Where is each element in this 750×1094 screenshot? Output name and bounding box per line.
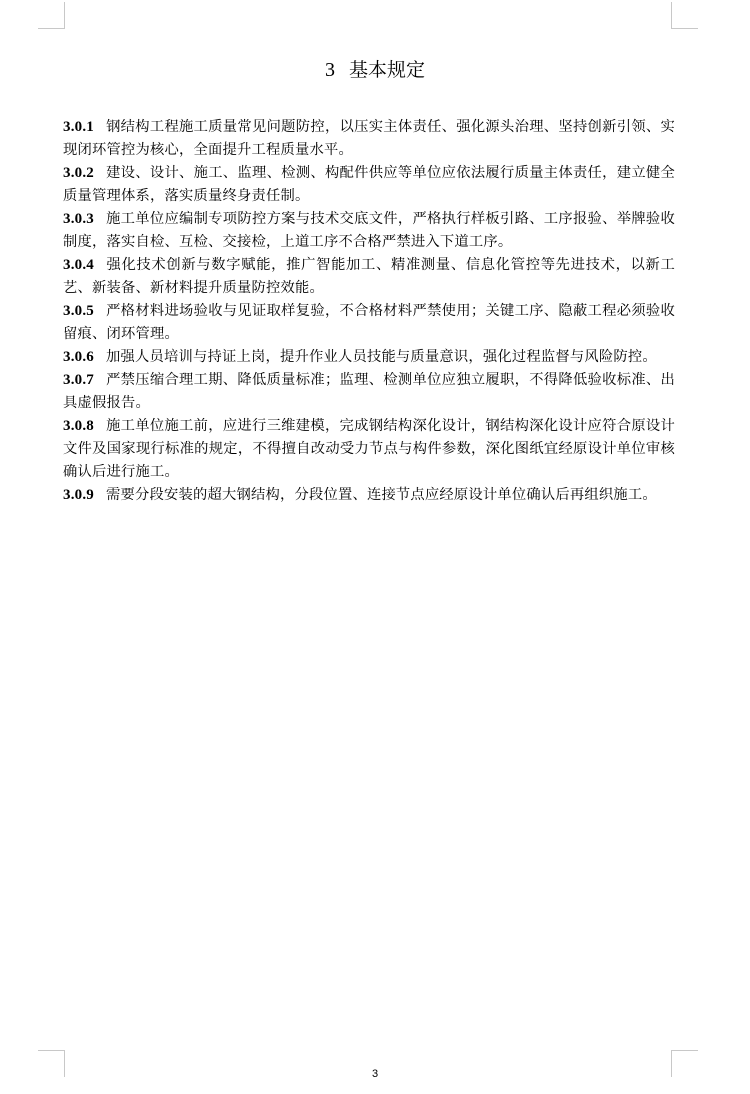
clause-id: 3.0.5 — [63, 303, 94, 319]
clause: 3.0.2建设、设计、施工、监理、检测、构配件供应等单位应依法履行质量主体责任，… — [63, 162, 675, 208]
chapter-number: 3 — [325, 59, 335, 81]
page-number: 3 — [0, 1068, 750, 1080]
crop-mark-top-right — [671, 2, 698, 29]
clause-text: 建设、设计、施工、监理、检测、构配件供应等单位应依法履行质量主体责任，建立健全质… — [63, 165, 675, 204]
clause: 3.0.3施工单位应编制专项防控方案与技术交底文件，严格执行样板引路、工序报验、… — [63, 208, 675, 254]
clause: 3.0.1钢结构工程施工质量常见问题防控，以压实主体责任、强化源头治理、坚持创新… — [63, 116, 675, 162]
clause-id: 3.0.4 — [63, 257, 94, 273]
clause: 3.0.9需要分段安装的超大钢结构，分段位置、连接节点应经原设计单位确认后再组织… — [63, 484, 675, 507]
clause-text: 需要分段安装的超大钢结构，分段位置、连接节点应经原设计单位确认后再组织施工。 — [106, 487, 657, 503]
clause-text: 严格材料进场验收与见证取样复验，不合格材料严禁使用；关键工序、隐蔽工程必须验收留… — [63, 303, 675, 342]
clause: 3.0.4强化技术创新与数字赋能，推广智能加工、精准测量、信息化管控等先进技术，… — [63, 254, 675, 300]
clause: 3.0.5严格材料进场验收与见证取样复验，不合格材料严禁使用；关键工序、隐蔽工程… — [63, 300, 675, 346]
clause-id: 3.0.7 — [63, 372, 94, 388]
clause: 3.0.7严禁压缩合理工期、降低质量标准；监理、检测单位应独立履职，不得降低验收… — [63, 369, 675, 415]
clause-id: 3.0.9 — [63, 487, 94, 503]
clause-id: 3.0.2 — [63, 165, 94, 181]
clause: 3.0.8施工单位施工前，应进行三维建模，完成钢结构深化设计，钢结构深化设计应符… — [63, 415, 675, 484]
clause-text: 施工单位应编制专项防控方案与技术交底文件，严格执行样板引路、工序报验、举牌验收制… — [63, 211, 675, 250]
clause-text: 强化技术创新与数字赋能，推广智能加工、精准测量、信息化管控等先进技术，以新工艺、… — [63, 257, 675, 296]
clause-text: 施工单位施工前，应进行三维建模，完成钢结构深化设计，钢结构深化设计应符合原设计文… — [63, 418, 675, 480]
clause: 3.0.6加强人员培训与持证上岗，提升作业人员技能与质量意识，强化过程监督与风险… — [63, 346, 675, 369]
chapter-title: 基本规定 — [349, 59, 425, 81]
clause-list: 3.0.1钢结构工程施工质量常见问题防控，以压实主体责任、强化源头治理、坚持创新… — [63, 116, 675, 507]
crop-mark-top-left — [38, 2, 65, 29]
clause-id: 3.0.8 — [63, 418, 94, 434]
clause-id: 3.0.3 — [63, 211, 94, 227]
clause-text: 钢结构工程施工质量常见问题防控，以压实主体责任、强化源头治理、坚持创新引领、实现… — [63, 119, 675, 158]
clause-id: 3.0.1 — [63, 119, 94, 135]
clause-text: 严禁压缩合理工期、降低质量标准；监理、检测单位应独立履职，不得降低验收标准、出具… — [63, 372, 675, 411]
clause-text: 加强人员培训与持证上岗，提升作业人员技能与质量意识，强化过程监督与风险防控。 — [106, 349, 657, 365]
chapter-heading: 3基本规定 — [0, 56, 750, 84]
clause-id: 3.0.6 — [63, 349, 94, 365]
